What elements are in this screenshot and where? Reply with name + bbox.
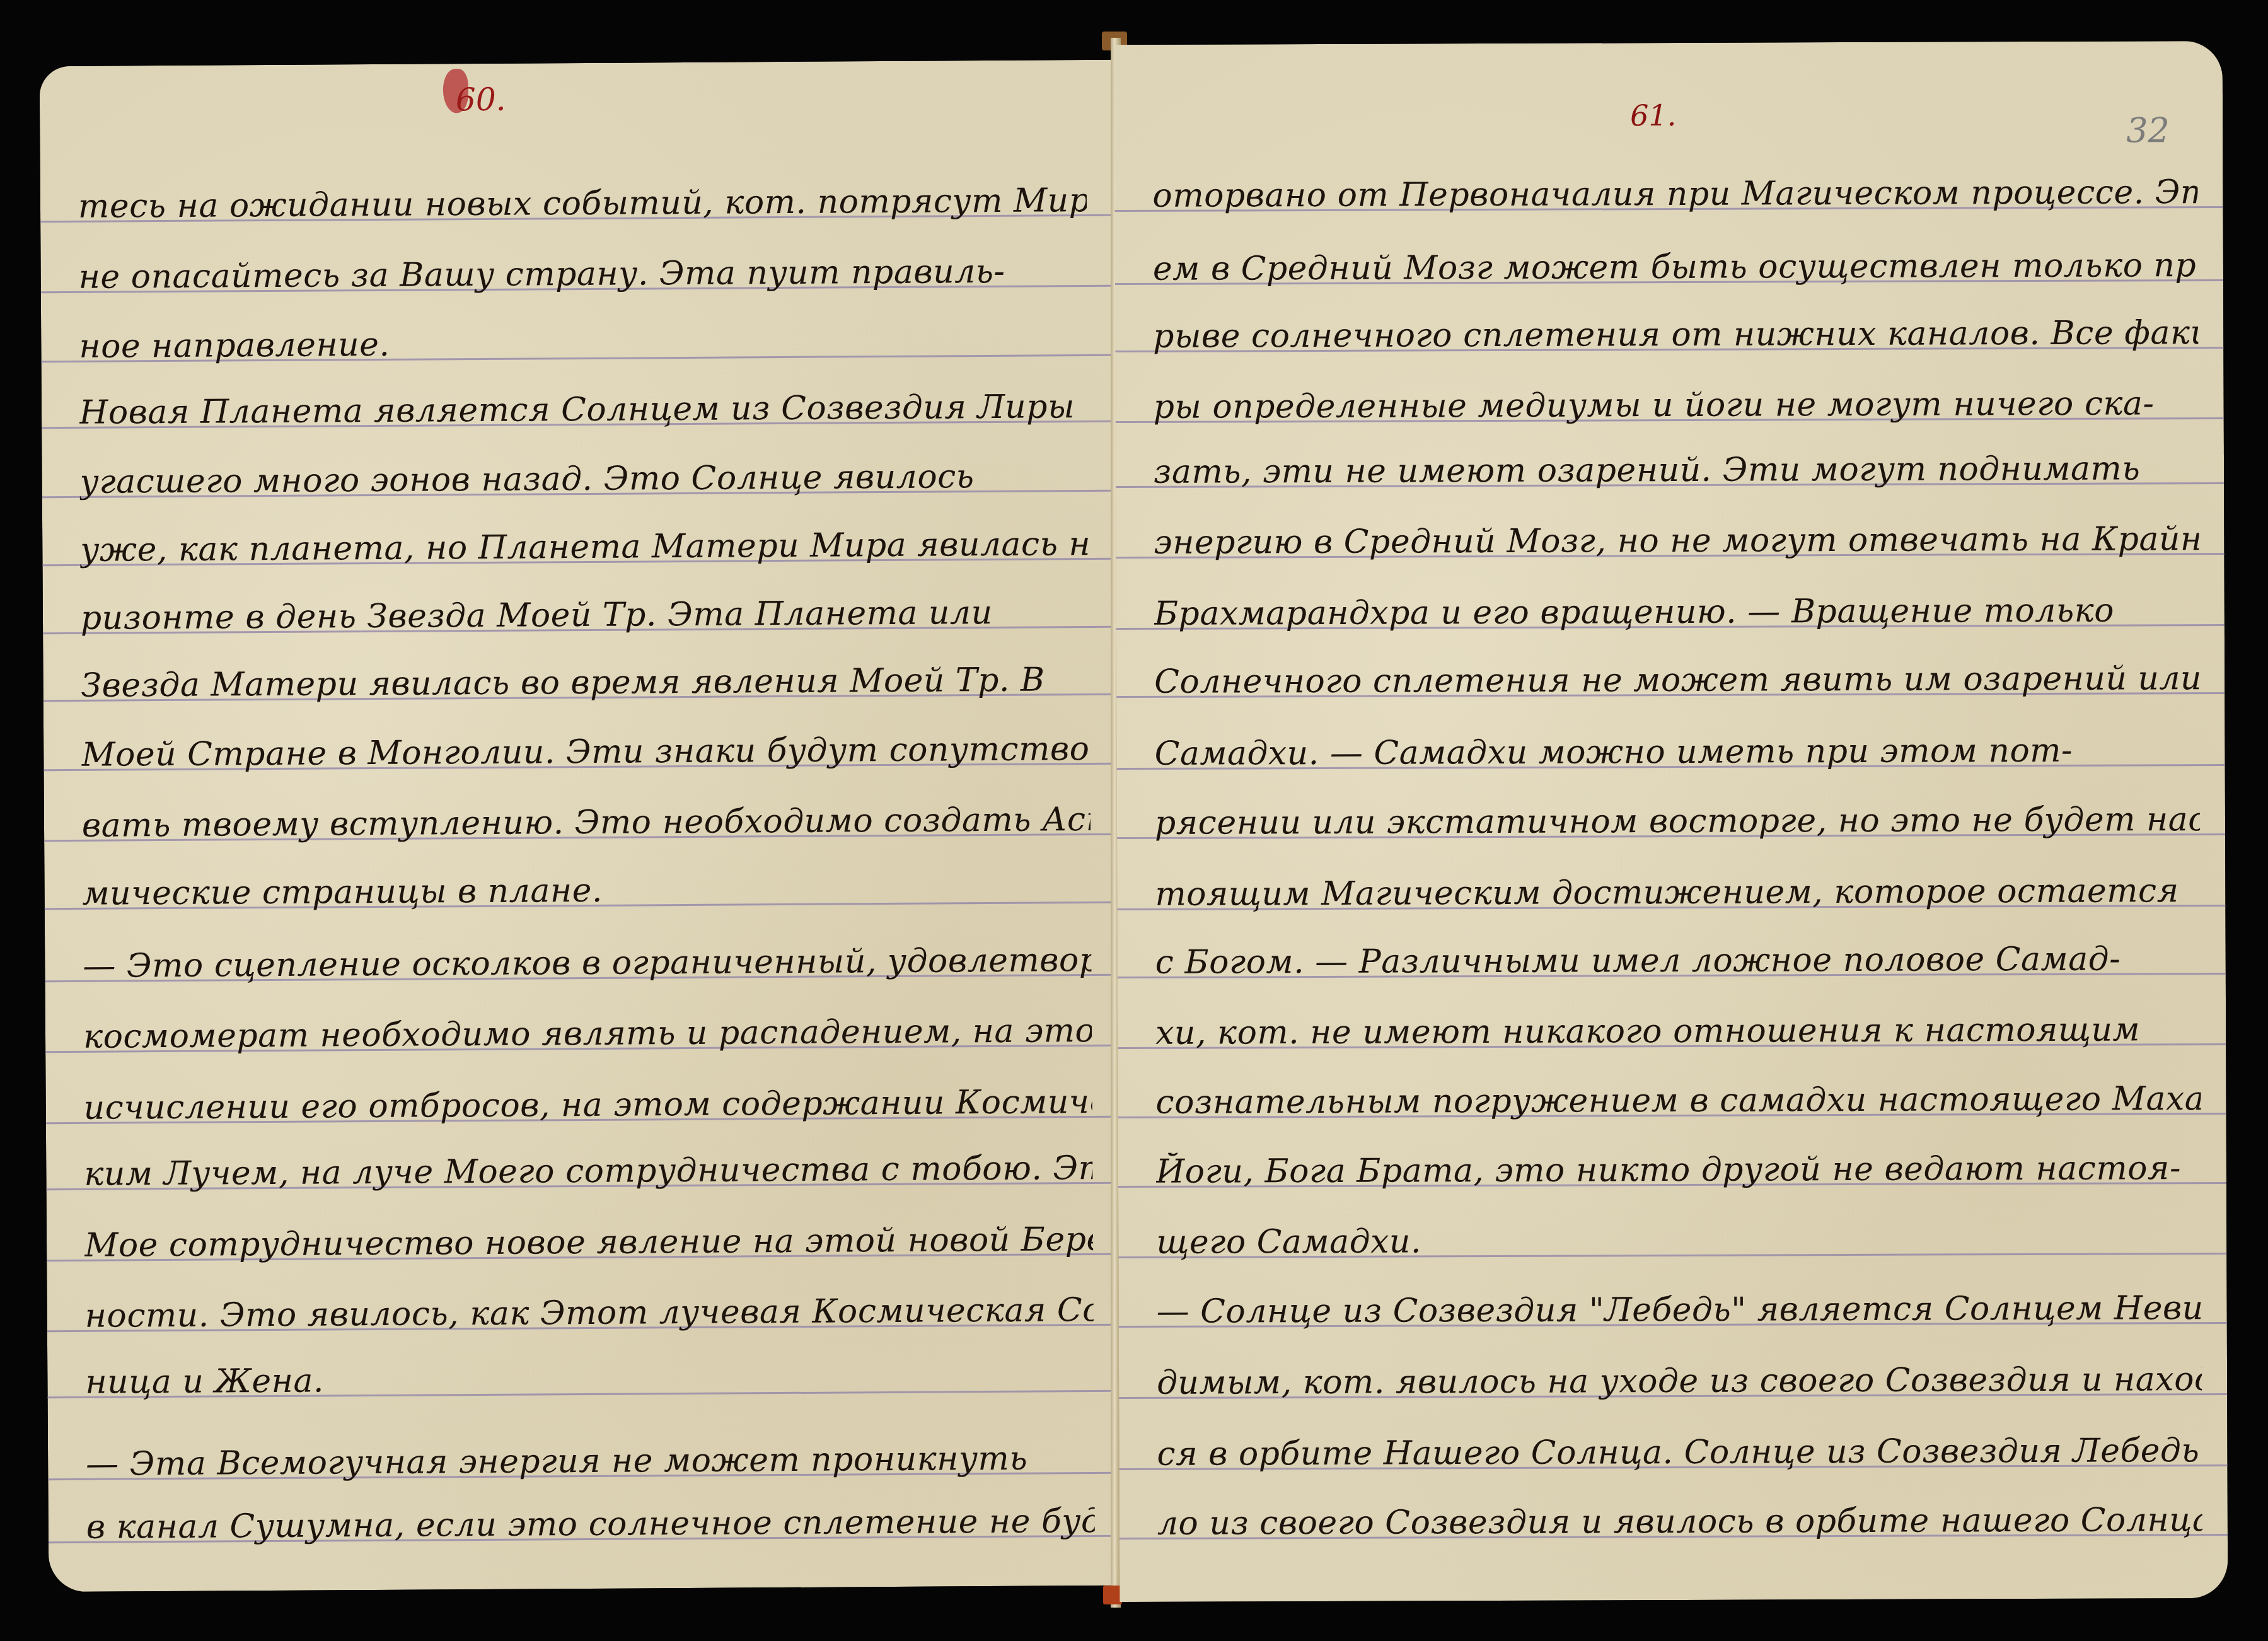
handwritten-line: щего Самадхи.: [1156, 1220, 2201, 1261]
handwritten-line: ло из своего Созвездия и явилось в орбит…: [1157, 1501, 2202, 1543]
handwritten-line: ница и Жена.: [85, 1357, 1094, 1401]
archive-folio-number: 32: [2126, 110, 2170, 150]
handwritten-line: Брахмарандхра и его вращению. — Вращение…: [1154, 591, 2199, 633]
handwritten-line: ры определенные медиумы и йоги не могут …: [1154, 385, 2199, 426]
handwritten-line: тесь на ожидании новых событий, кот. пот…: [78, 182, 1087, 226]
handwritten-line: Самадхи. — Самадхи можно иметь при этом …: [1155, 731, 2200, 773]
handwritten-line: — Эта Всемогучная энергия не может прони…: [86, 1439, 1094, 1483]
handwritten-line: энергию в Средний Мозг, но не могут отве…: [1154, 520, 2199, 562]
handwritten-line: космомерат необходимо являть и распадени…: [83, 1012, 1092, 1056]
handwritten-line: вать твоему вступлению. Это необходимо с…: [82, 801, 1091, 845]
handwritten-line: мические страницы в плане.: [82, 869, 1091, 913]
left-page: 60. тесь на ожидании новых событий, кот.…: [40, 60, 1121, 1592]
handwritten-line: ное направление.: [79, 322, 1087, 366]
handwritten-line: димым, кот. явилось на уходе из своего С…: [1157, 1360, 2202, 1402]
handwritten-line: с Богом. — Различными имел ложное полово…: [1155, 940, 2201, 982]
handwritten-line: в канал Сушумна, если это солнечное спле…: [86, 1502, 1095, 1546]
handwritten-line: ким Лучем, на луче Моего сотрудничества …: [84, 1149, 1092, 1193]
handwritten-line: угасшего много эонов назад. Это Солнце я…: [79, 457, 1088, 501]
left-page-number: 60.: [456, 81, 506, 118]
handwritten-line: ся в орбите Нашего Солнца. Солнце из Соз…: [1157, 1432, 2202, 1473]
handwritten-line: Новая Планета является Солнцем из Созвез…: [79, 388, 1088, 432]
handwritten-line: Солнечного сплетения не может явить им о…: [1154, 659, 2199, 701]
handwritten-line: зать, эти не имеют озарений. Эти могут п…: [1154, 449, 2199, 491]
handwritten-line: ности. Это явилось, как Этот лучевая Кос…: [85, 1291, 1094, 1335]
handwritten-line: Звезда Матери явилась во время явления М…: [81, 661, 1089, 705]
handwritten-line: рыве солнечного сплетения от нижних кана…: [1153, 314, 2198, 356]
handwritten-line: уже, как планета, но Планета Матери Мира…: [80, 525, 1089, 569]
handwritten-line: ризонте в день Звезда Моей Тр. Эта Плане…: [81, 593, 1089, 637]
handwritten-line: исчислении его отбросов, на этом содержа…: [84, 1083, 1092, 1127]
handwritten-line: Йоги, Бога Брата, это никто другой не ве…: [1156, 1149, 2201, 1191]
handwritten-line: хи, кот. не имеют никакого отношения к н…: [1155, 1011, 2201, 1052]
right-page-number: 61.: [1630, 98, 1676, 132]
handwritten-line: — Солнце из Созвездия "Лебедь" является …: [1157, 1289, 2202, 1331]
handwritten-line: Моей Стране в Монголии. Эти знаки будут …: [81, 730, 1090, 774]
handwritten-line: ем в Средний Мозг может быть осуществлен…: [1153, 246, 2198, 288]
handwritten-line: — Это сцепление осколков в ограниченный,…: [83, 941, 1091, 985]
handwritten-line: тоящим Магическим достижением, которое о…: [1155, 872, 2200, 913]
handwritten-line: оторвано от Первоначалия при Магическом …: [1152, 173, 2197, 215]
handwritten-line: Мое сотрудничество новое явление на этой…: [84, 1221, 1093, 1265]
handwritten-line: сознательным погружением в самадхи насто…: [1155, 1080, 2201, 1122]
right-page: 61. 32 оторвано от Первоначалия при Маги…: [1114, 41, 2228, 1602]
handwritten-line: не опасайтесь за Вашу страну. Эта пуит п…: [78, 252, 1087, 296]
handwritten-line: рясении или экстатичном восторге, но это…: [1155, 801, 2200, 842]
